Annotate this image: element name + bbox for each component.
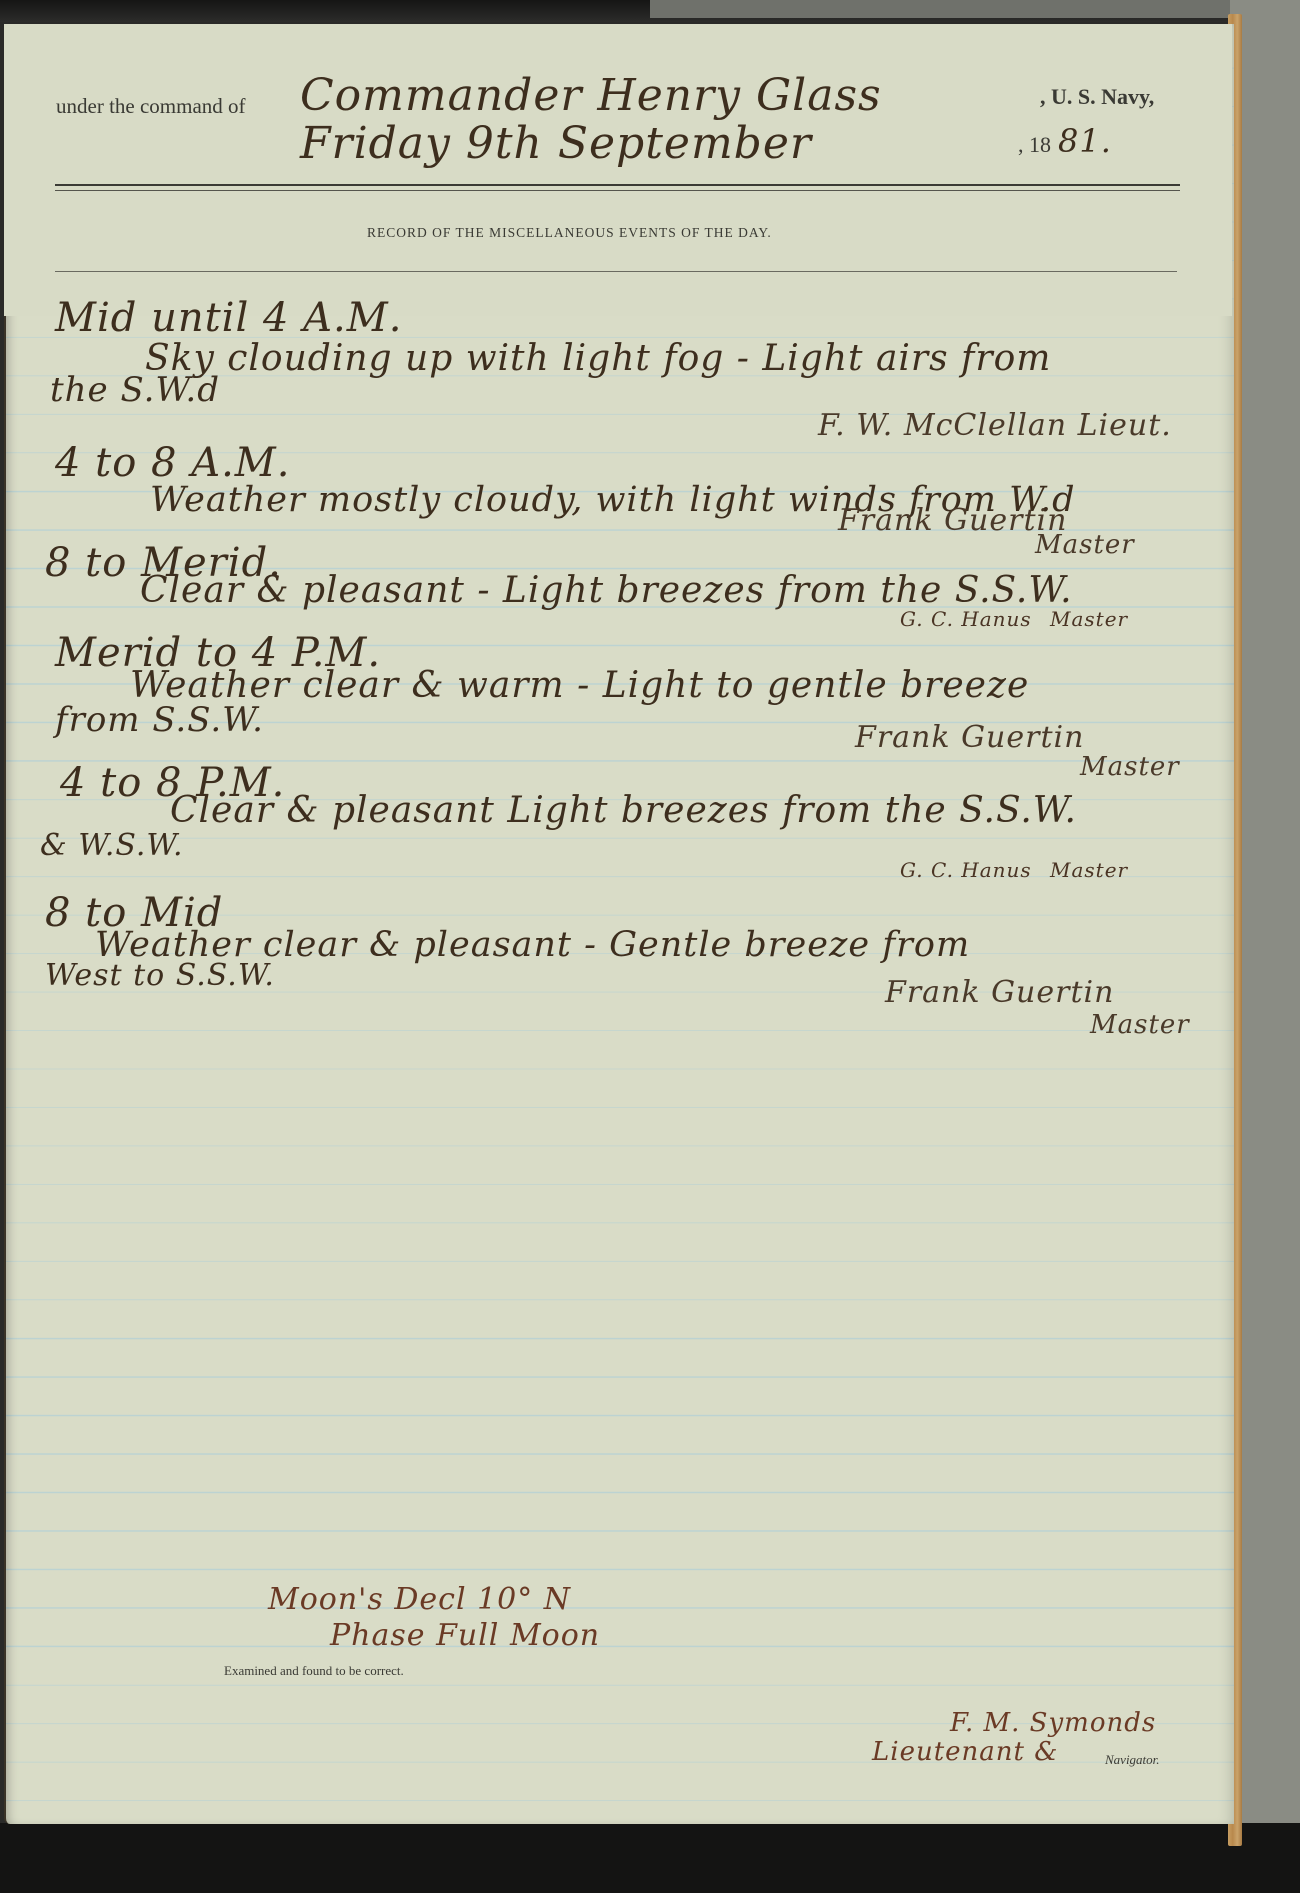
navigator-signature: F. M. Symonds [950, 1708, 1156, 1738]
watch-officer-rank: Master [1035, 530, 1135, 560]
command-label: under the command of [56, 94, 246, 119]
log-date: Friday 9th September [300, 118, 812, 169]
moon-phase-note: Phase Full Moon [330, 1618, 600, 1653]
watch-remarks-line: Clear & pleasant - Light breezes from th… [140, 570, 1073, 611]
moon-declination-note: Moon's Decl 10° N [268, 1582, 571, 1617]
watch-remarks-line: Weather clear & warm - Light to gentle b… [130, 665, 1029, 706]
year-prefix: , 18 [1018, 132, 1051, 158]
watch-remarks-line: Clear & pleasant Light breezes from the … [170, 790, 1077, 831]
watch-officer-rank: Master [1050, 607, 1128, 631]
watch-remarks-line: the S.W.d [50, 370, 220, 410]
navigator-label: Navigator. [1105, 1752, 1160, 1768]
watch-officer-rank: Master [1090, 1010, 1190, 1040]
watch-officer-signature: F. W. McClellan Lieut. [818, 408, 1172, 443]
watch-remarks-line: from S.S.W. [55, 700, 264, 740]
navigator-rank: Lieutenant & [872, 1737, 1058, 1767]
service-suffix: , U. S. Navy, [1040, 84, 1154, 110]
watch-officer-signature: Frank Guertin [885, 975, 1114, 1010]
watch-officer-signature: G. C. Hanus [900, 858, 1032, 882]
section-divider [55, 271, 1177, 272]
watch-remarks-line: West to S.S.W. [45, 958, 275, 993]
examined-label: Examined and found to be correct. [224, 1663, 404, 1679]
section-title: RECORD OF THE MISCELLANEOUS EVENTS OF TH… [367, 225, 772, 241]
watch-remarks-line: & W.S.W. [40, 828, 184, 863]
year-suffix: 81. [1058, 122, 1112, 160]
scan-backdrop-top-right [650, 0, 1300, 18]
scan-backdrop-bottom [0, 1823, 1300, 1893]
watch-officer-signature: Frank Guertin [838, 503, 1067, 538]
watch-period: Mid until 4 A.M. [55, 295, 402, 341]
watch-remarks-line: Sky clouding up with light fog - Light a… [145, 338, 1051, 379]
watch-officer-rank: Master [1050, 858, 1128, 882]
header-divider [55, 184, 1180, 191]
watch-officer-rank: Master [1080, 752, 1180, 782]
watch-officer-signature: G. C. Hanus [900, 607, 1032, 631]
commander-name: Commander Henry Glass [300, 70, 882, 121]
log-page-header-area [4, 24, 1232, 316]
watch-officer-signature: Frank Guertin [855, 720, 1084, 755]
